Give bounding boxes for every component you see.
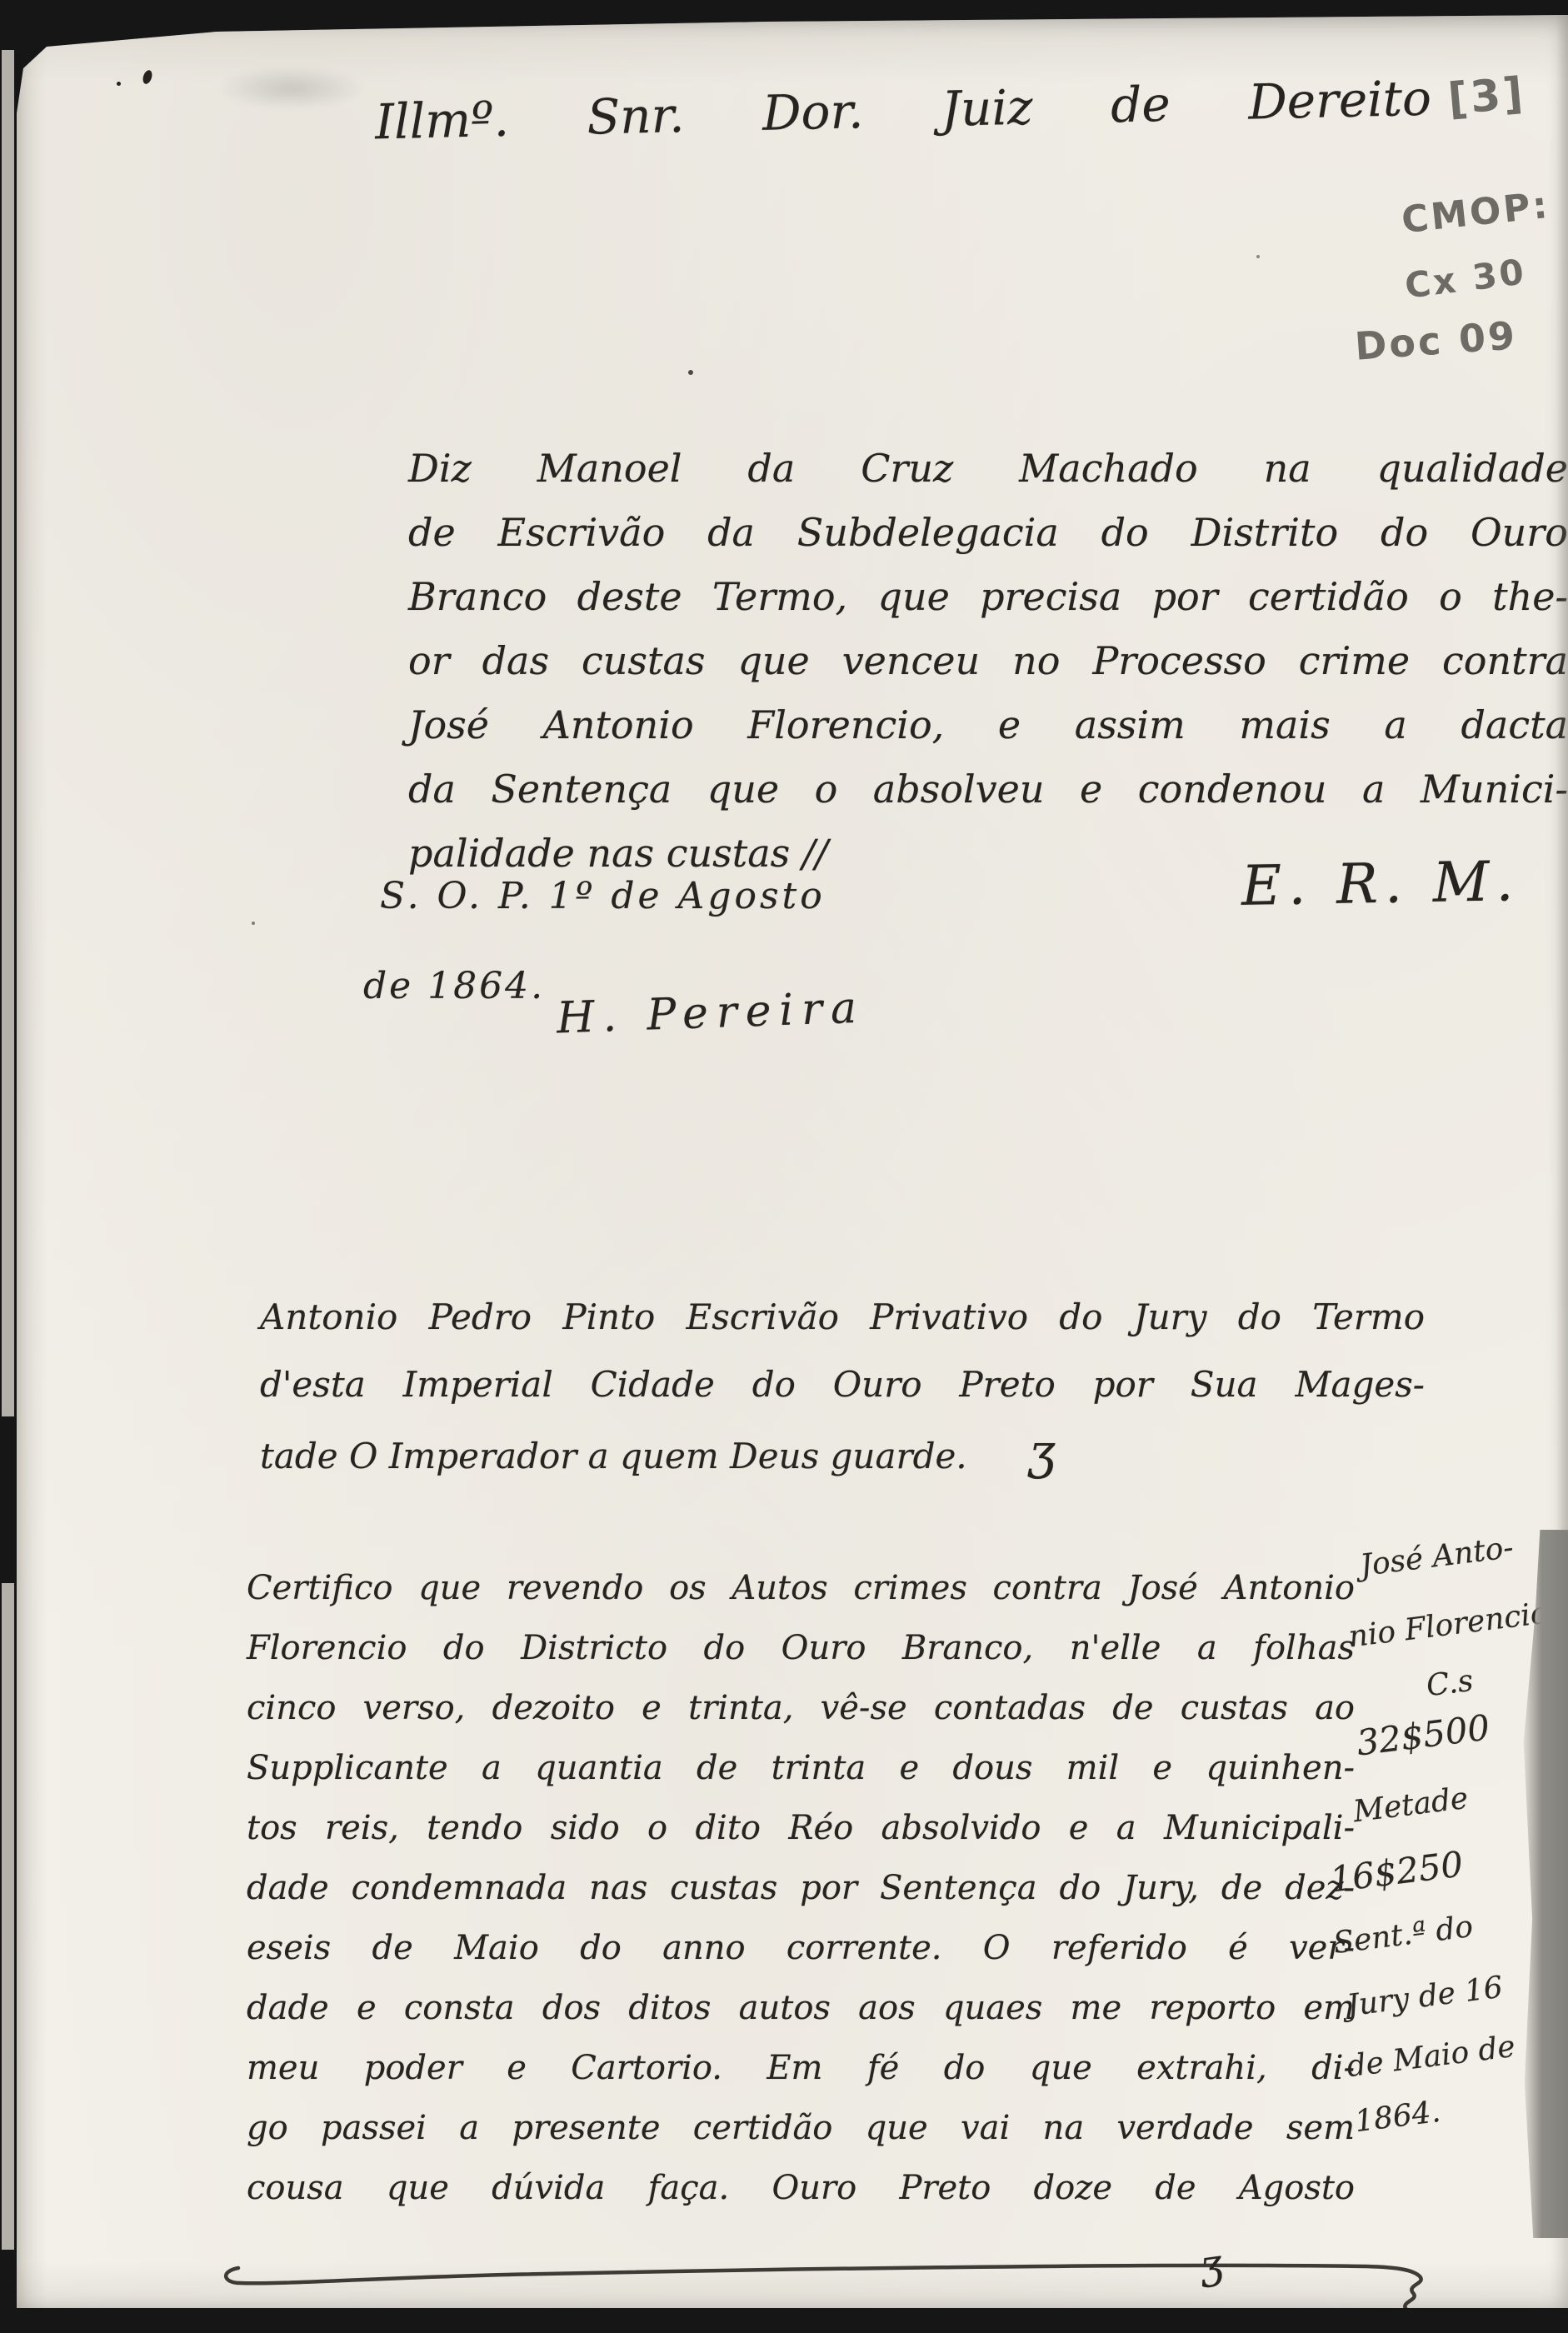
margin-note: Jury de 16 xyxy=(1345,1971,1505,2024)
petition-line: Branco deste Termo, que precisa por cert… xyxy=(408,565,1568,629)
ink-speck xyxy=(688,370,693,375)
petition-line: de Escrivão da Subdelegacia do Distrito … xyxy=(408,501,1568,565)
petitioner-signature: H. Pereira xyxy=(556,983,866,1044)
closing-flourish-line xyxy=(200,2206,1483,2315)
certificate-line: tos reis, tendo sido o dito Réo absolvid… xyxy=(247,1798,1355,1858)
certificate-line: meu poder e Cartorio. Em fé do que extra… xyxy=(247,2038,1355,2098)
certificate-line: Florencio do Districto do Ouro Branco, n… xyxy=(247,1618,1355,1678)
courtesy-formula: E. R. M. xyxy=(1241,849,1521,918)
certificate-heading-line: tade O Imperador a quem Deus guarde. ʒ xyxy=(260,1418,1425,1490)
certificate-line: eseis de Maio do anno corrente. O referi… xyxy=(247,1918,1355,1978)
document-scan: Illmº. Snr. Dor. Juiz de Dereito [3] CMO… xyxy=(0,0,1568,2333)
certificate-line: dade e consta dos ditos autos aos quaes … xyxy=(247,1978,1355,2038)
certificate-body: Certifico que revendo os Autos crimes co… xyxy=(247,1558,1355,2218)
margin-note: nio Florencio xyxy=(1346,1596,1550,1654)
petition-line: or das custas que venceu no Processo cri… xyxy=(408,629,1568,693)
margin-note: 1864. xyxy=(1353,2095,1442,2139)
archival-fund-mark: CMOP: xyxy=(1400,184,1552,242)
archival-doc-mark: Doc 09 xyxy=(1353,312,1518,368)
archival-box-mark: Cx 30 xyxy=(1403,251,1529,306)
adjacent-page-edge xyxy=(2,1583,14,2250)
certificate-line: Supplicante a quantia de trinta e dous m… xyxy=(247,1738,1355,1798)
petition-line: José Antonio Florencio, e assim mais a d… xyxy=(408,693,1568,757)
certificate-line: cinco verso, dezoito e trinta, vê-se con… xyxy=(247,1678,1355,1738)
margin-note: José Anto- xyxy=(1358,1531,1515,1583)
petition-paragraph: Diz Manoel da Cruz Machado na qualidade … xyxy=(408,437,1568,886)
margin-note: 32$500 xyxy=(1355,1706,1492,1763)
place-date-line: de 1864. xyxy=(363,965,545,1007)
page-edge-shadow xyxy=(1556,15,1568,1531)
certificate-line: dade condemnada nas custas por Sentença … xyxy=(247,1858,1355,1918)
place-date-line: S. O. P. 1º de Agosto xyxy=(380,875,826,917)
certificate-heading-text: tade O Imperador a quem Deus guarde. xyxy=(260,1436,967,1476)
margin-note: Metade xyxy=(1351,1781,1470,1830)
certificate-heading-line: Antonio Pedro Pinto Escrivão Privativo d… xyxy=(260,1283,1425,1351)
ink-speck xyxy=(142,69,154,85)
adjacent-page-edge xyxy=(2,50,14,1416)
margin-note: de Maio de xyxy=(1345,2030,1517,2084)
petition-line: da Sentença que o absolveu e condenou a … xyxy=(408,757,1568,822)
paragraph-flourish-mark: ʒ xyxy=(1028,1423,1056,1480)
certificate-line: go passei a presente certidão que vai na… xyxy=(247,2098,1355,2158)
certificate-heading-line: d'esta Imperial Cidade do Ouro Preto por… xyxy=(260,1351,1425,1418)
archival-page-number: [3] xyxy=(1446,68,1528,125)
manuscript-page: Illmº. Snr. Dor. Juiz de Dereito [3] CMO… xyxy=(17,15,1568,2308)
ink-speck xyxy=(117,82,121,86)
certificate-line: Certifico que revendo os Autos crimes co… xyxy=(247,1558,1355,1618)
ink-speck xyxy=(252,922,255,925)
margin-note: C.s xyxy=(1425,1664,1476,1704)
ink-speck xyxy=(1256,255,1260,258)
certificate-heading: Antonio Pedro Pinto Escrivão Privativo d… xyxy=(260,1283,1425,1490)
salutation-line: Illmº. Snr. Dor. Juiz de Dereito xyxy=(374,70,1431,151)
pencil-smudge xyxy=(217,67,367,110)
petition-line: Diz Manoel da Cruz Machado na qualidade xyxy=(408,437,1568,501)
